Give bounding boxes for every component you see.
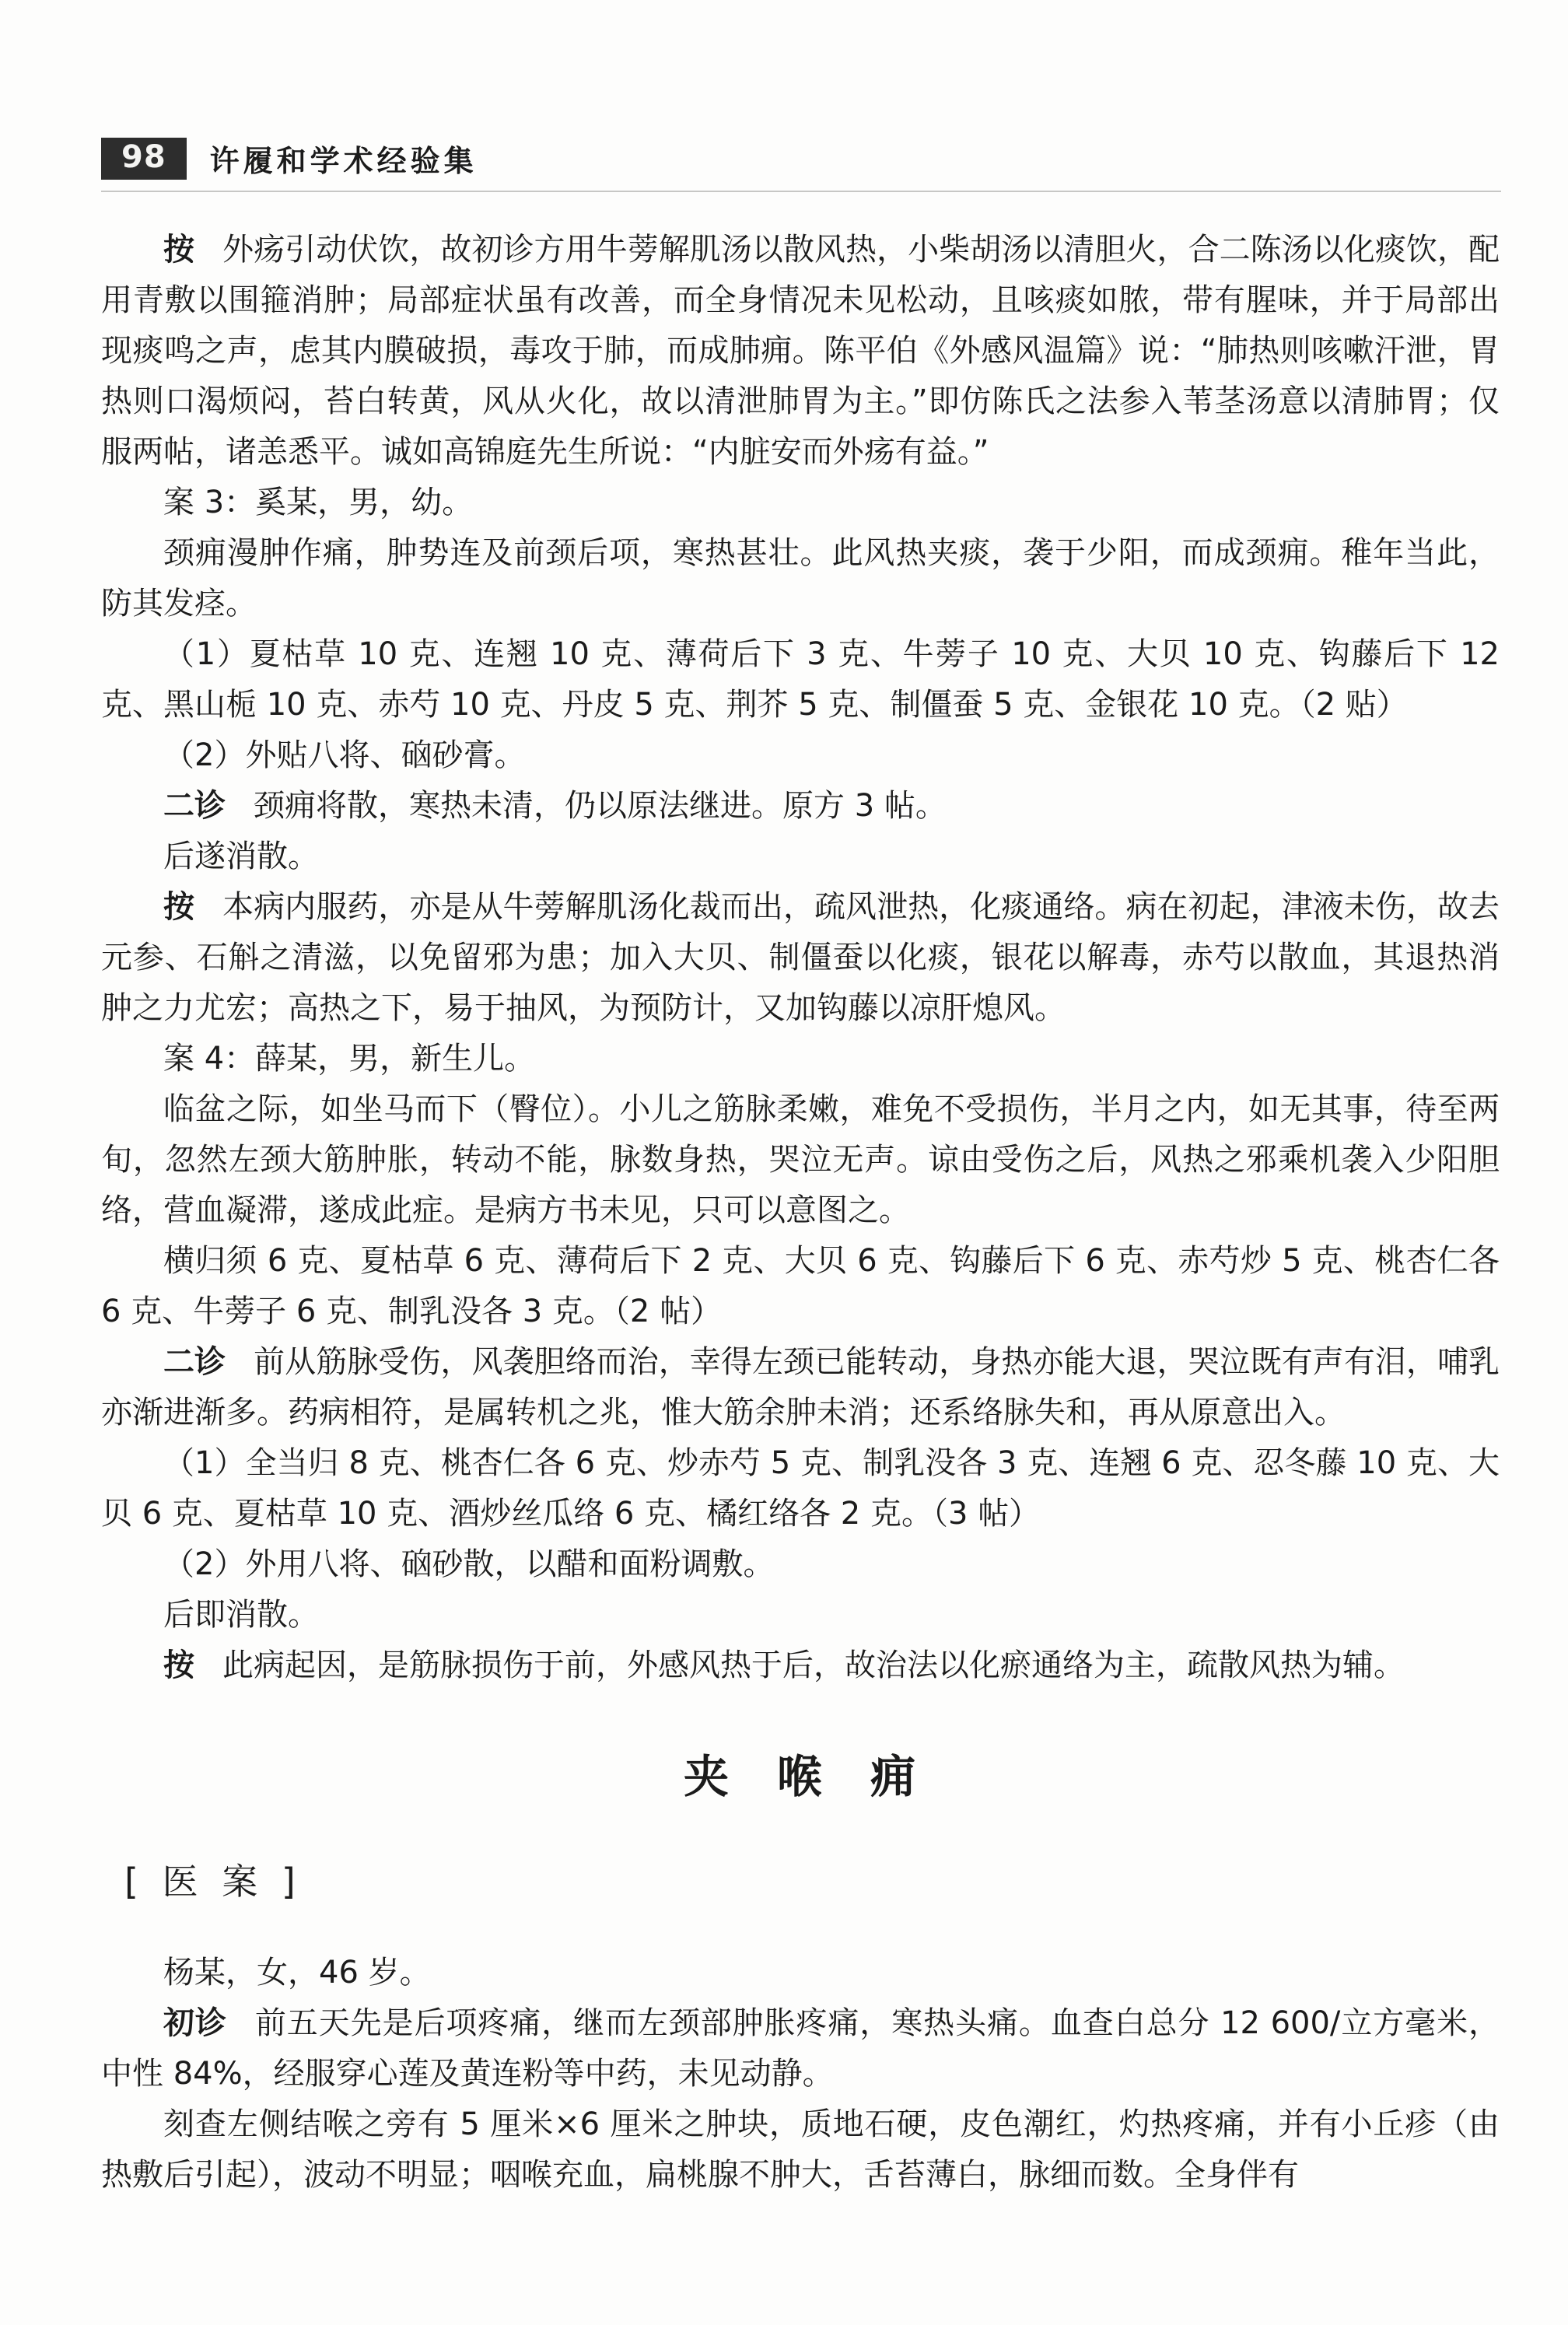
paragraph: 二诊颈痈将散，寒热未清，仍以原法继进。原方 3 帖。: [101, 781, 1500, 832]
paragraph: （1）全当归 8 克、桃杏仁各 6 克、炒赤芍 5 克、制乳没各 3 克、连翘 …: [101, 1438, 1500, 1539]
paragraph-lead: 按: [163, 1647, 194, 1683]
paragraph-lead: 按: [163, 232, 194, 268]
paragraph-text: 颈痈漫肿作痛，肿势连及前颈后项，寒热甚壮。此风热夹痰，袭于少阳，而成颈痈。稚年当…: [101, 535, 1500, 622]
paragraph-text: 外疡引动伏饮，故初诊方用牛蒡解肌汤以散风热，小柴胡汤以清胆火，合二陈汤以化痰饮，…: [101, 232, 1500, 470]
paragraph-text: 临盆之际，如坐马而下（臀位）。小儿之筋脉柔嫩，难免不受损伤，半月之内，如无其事，…: [101, 1091, 1500, 1228]
paragraph: 杨某，女，46 岁。: [101, 1948, 1500, 1998]
paragraph: 后即消散。: [101, 1590, 1500, 1640]
paragraph-text: 颈痈将散，寒热未清，仍以原法继进。原方 3 帖。: [254, 788, 947, 824]
paragraph: 二诊前从筋脉受伤，风袭胆络而治，幸得左颈已能转动，身热亦能大退，哭泣既有声有泪，…: [101, 1337, 1500, 1438]
paragraph-lead: 按: [163, 889, 194, 925]
page-body: 按外疡引动伏饮，故初诊方用牛蒡解肌汤以散风热，小柴胡汤以清胆火，合二陈汤以化痰饮…: [0, 192, 1568, 2201]
book-page: 98 许履和学术经验集 按外疡引动伏饮，故初诊方用牛蒡解肌汤以散风热，小柴胡汤以…: [0, 0, 1568, 2325]
book-title: 许履和学术经验集: [210, 137, 478, 180]
paragraph: 后遂消散。: [101, 832, 1500, 882]
paragraph-text: 案 3：奚某，男，幼。: [163, 485, 473, 520]
bracket-heading: [ 医 案 ]: [124, 1857, 1500, 1907]
paragraph: 临盆之际，如坐马而下（臀位）。小儿之筋脉柔嫩，难免不受损伤，半月之内，如无其事，…: [101, 1084, 1500, 1236]
paragraph-text: （1）全当归 8 克、桃杏仁各 6 克、炒赤芍 5 克、制乳没各 3 克、连翘 …: [101, 1445, 1500, 1532]
paragraph-lead: 二诊: [163, 788, 226, 824]
paragraph: （2）外贴八将、硇砂膏。: [101, 730, 1500, 781]
paragraph-text: 前从筋脉受伤，风袭胆络而治，幸得左颈已能转动，身热亦能大退，哭泣既有声有泪，哺乳…: [101, 1344, 1500, 1430]
paragraph-text: 后即消散。: [163, 1597, 319, 1633]
paragraph: 按外疡引动伏饮，故初诊方用牛蒡解肌汤以散风热，小柴胡汤以清胆火，合二陈汤以化痰饮…: [101, 225, 1500, 478]
paragraph-text: （2）外贴八将、硇砂膏。: [163, 737, 525, 773]
paragraph: （2）外用八将、硇砂散，以醋和面粉调敷。: [101, 1539, 1500, 1590]
paragraph: 刻查左侧结喉之旁有 5 厘米×6 厘米之肿块，质地石硬，皮色潮红，灼热疼痛，并有…: [101, 2099, 1500, 2201]
page-number-badge: 98: [101, 138, 187, 180]
paragraph: 横归须 6 克、夏枯草 6 克、薄荷后下 2 克、大贝 6 克、钩藤后下 6 克…: [101, 1236, 1500, 1337]
paragraph: 按此病起因，是筋脉损伤于前，外感风热于后，故治法以化瘀通络为主，疏散风热为辅。: [101, 1640, 1500, 1691]
paragraph: 案 3：奚某，男，幼。: [101, 478, 1500, 528]
paragraph: 案 4：薛某，男，新生儿。: [101, 1034, 1500, 1084]
paragraph-lead: 二诊: [163, 1344, 226, 1380]
paragraph-text: 刻查左侧结喉之旁有 5 厘米×6 厘米之肿块，质地石硬，皮色潮红，灼热疼痛，并有…: [101, 2106, 1500, 2193]
paragraph-text: （2）外用八将、硇砂散，以醋和面粉调敷。: [163, 1546, 774, 1582]
paragraph-text: 本病内服药，亦是从牛蒡解肌汤化裁而出，疏风泄热，化痰通络。病在初起，津液未伤，故…: [101, 889, 1500, 1026]
section-title: 夹 喉 痈: [101, 1752, 1500, 1802]
paragraph-text: 案 4：薛某，男，新生儿。: [163, 1041, 535, 1077]
paragraph-text: 前五天先是后项疼痛，继而左颈部肿胀疼痛，寒热头痛。血查白总分 12 600/立方…: [101, 2005, 1500, 2092]
paragraph-text: 此病起因，是筋脉损伤于前，外感风热于后，故治法以化瘀通络为主，疏散风热为辅。: [222, 1647, 1405, 1683]
paragraph-text: 杨某，女，46 岁。: [163, 1955, 431, 1991]
paragraph-text: 横归须 6 克、夏枯草 6 克、薄荷后下 2 克、大贝 6 克、钩藤后下 6 克…: [101, 1243, 1500, 1329]
paragraph: （1）夏枯草 10 克、连翘 10 克、薄荷后下 3 克、牛蒡子 10 克、大贝…: [101, 629, 1500, 730]
paragraph: 按本病内服药，亦是从牛蒡解肌汤化裁而出，疏风泄热，化痰通络。病在初起，津液未伤，…: [101, 882, 1500, 1034]
paragraph: 初诊前五天先是后项疼痛，继而左颈部肿胀疼痛，寒热头痛。血查白总分 12 600/…: [101, 1998, 1500, 2099]
paragraph-text: 后遂消散。: [163, 839, 319, 874]
paragraph-text: （1）夏枯草 10 克、连翘 10 克、薄荷后下 3 克、牛蒡子 10 克、大贝…: [101, 636, 1500, 723]
page-header: 98 许履和学术经验集: [0, 0, 1568, 180]
paragraph: 颈痈漫肿作痛，肿势连及前颈后项，寒热甚壮。此风热夹痰，袭于少阳，而成颈痈。稚年当…: [101, 528, 1500, 629]
paragraph-lead: 初诊: [163, 2005, 227, 2041]
